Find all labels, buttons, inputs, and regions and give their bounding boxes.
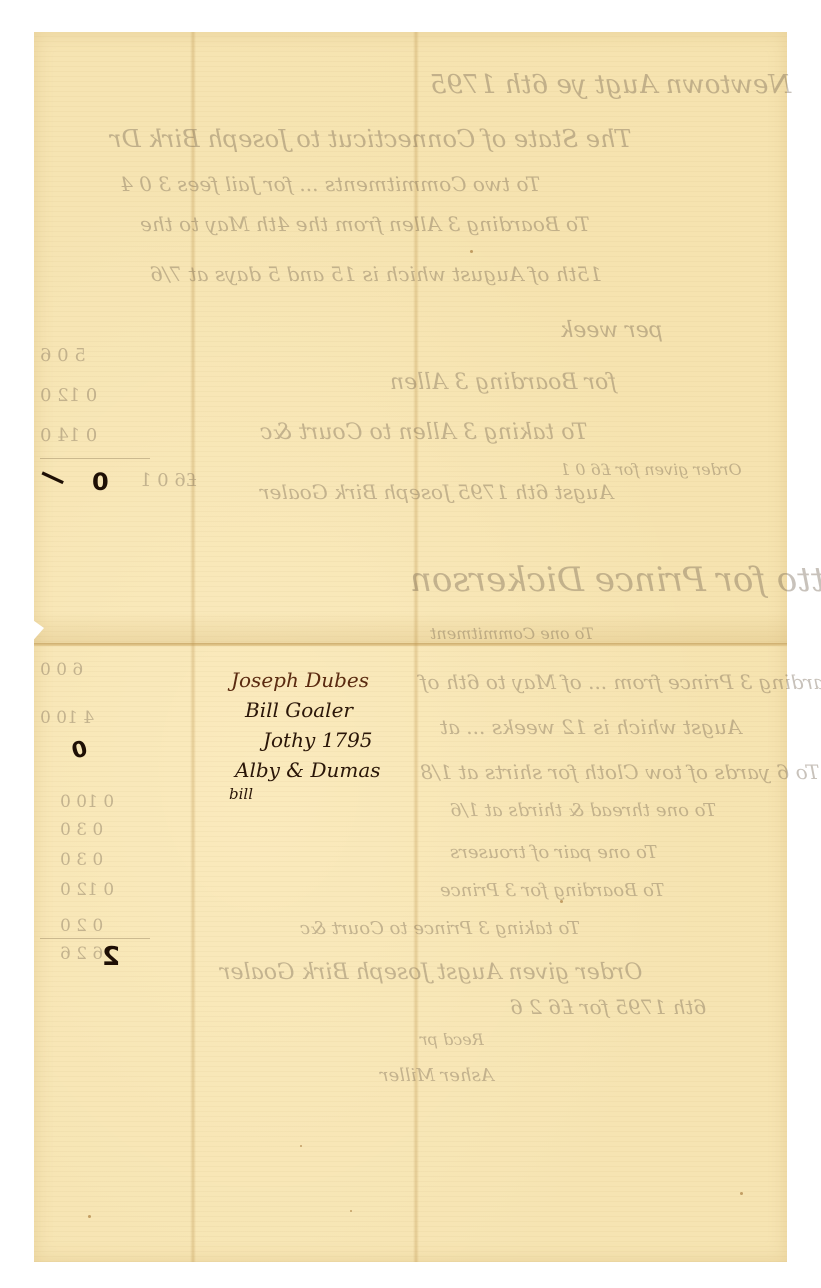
bleed-line: To Boarding 3 Prince from ... of May to … [420, 670, 821, 694]
bleed-line: Augst 6th 1795 Joseph Birk Goaler [260, 480, 613, 504]
bleed-amount: 5 0 6 [40, 345, 86, 366]
docket-line: Alby & Dumas [235, 755, 435, 785]
docket-line: bill [229, 785, 429, 803]
bleed-amount: 6 0 0 [40, 660, 83, 680]
bleed-amount: 0 12 0 [60, 880, 114, 900]
bleed-amount: £6 0 1 [140, 470, 197, 491]
bleed-amount: 0 12 0 [40, 385, 97, 406]
bleed-line: Asher Miller [380, 1065, 494, 1086]
bleed-line: per week [560, 318, 663, 343]
bleed-line: To Boarding for 3 Prince [440, 880, 664, 901]
bleed-line: Recd pr [420, 1030, 484, 1049]
bleed-amount: 0 2 0 [60, 916, 103, 936]
bleed-line: Order given Augst Joseph Birk Goaler [220, 960, 642, 985]
torn-edge [30, 618, 44, 644]
bleed-line: for Boarding 3 Allen [390, 370, 616, 395]
bleed-line: To one pair of trousers [450, 842, 658, 863]
docket-line: Bill Goaler [245, 695, 445, 725]
foxing-spot [560, 900, 563, 903]
bleed-amount: 4 10 0 [40, 708, 94, 728]
bleed-line: Augst which is 12 weeks ... at [440, 715, 741, 739]
horizontal-fold-line [34, 643, 787, 646]
margin-two-mark: 2 [102, 942, 120, 972]
bleed-line: To 6 yards of tow Cloth for shirts at 1/… [420, 760, 819, 784]
foxing-spot [740, 1192, 743, 1195]
bleed-line: The State of Connecticut to Joseph Birk … [110, 125, 631, 153]
bleed-amount: 0 3 0 [60, 820, 103, 840]
horizontal-fold-shade [34, 612, 787, 644]
foxing-spot [300, 1145, 302, 1147]
bleed-line: To one thread & thirds at 1/6 [450, 800, 716, 821]
bleed-line: 15th of August which is 15 and 5 days at… [150, 262, 602, 286]
foxing-spot [88, 1215, 91, 1218]
bleed-line: To two Commitments ... for Jail fees 3 0… [120, 172, 540, 196]
bleed-line: Order given for £6 0 1 [560, 460, 742, 479]
bleed-amount: 0 14 0 [40, 425, 97, 446]
bleed-amount: 0 3 0 [60, 850, 103, 870]
sum-rule [40, 458, 150, 459]
foxing-spot [470, 250, 473, 253]
bleed-amount: 6 2 6 [60, 944, 103, 964]
docket-endorsement: Joseph Dubes Bill Goaler Jothy 1795 Alby… [225, 665, 425, 803]
bleed-line: Ditto for Prince Dickerson [410, 560, 821, 600]
docket-line: Joseph Dubes [231, 665, 431, 695]
docket-line: Jothy 1795 [263, 725, 463, 755]
sum-rule [40, 938, 150, 939]
bleed-amount: 0 10 0 [60, 792, 114, 812]
margin-zero-mark: 0 [92, 468, 109, 496]
bleed-line: 6th 1795 for £6 2 6 [510, 995, 706, 1019]
foxing-spot [350, 1210, 352, 1212]
bleed-line: To one Commitment [430, 624, 594, 643]
bleed-line: To Boarding 3 Allen from the 4th May to … [140, 212, 590, 236]
bleed-heading: Newtown Augt ye 6th 1795 [430, 70, 791, 100]
bleed-line: To taking 3 Prince to Court &c [300, 918, 580, 939]
bleed-line: To taking 3 Allen to Court &c [260, 420, 588, 445]
